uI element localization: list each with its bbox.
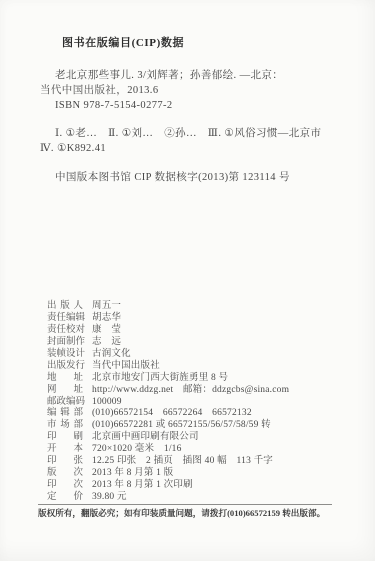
cip-classification-line1: Ⅰ. ①老… Ⅱ. ①刘… ②孙… Ⅲ. ①风俗习惯—北京市 xyxy=(40,126,357,141)
cip-title-line: 老北京那些事儿. 3/刘辉著；孙善郁绘. —北京： xyxy=(40,68,357,83)
colophon-label: 定价 xyxy=(47,488,83,502)
colophon-row: 网址 http://www.ddzg.net 邮箱：ddzgcbs@sina.c… xyxy=(47,381,365,393)
cip-data-block: 图书在版编目(CIP)数据 老北京那些事儿. 3/刘辉著；孙善郁绘. —北京： … xyxy=(40,36,357,185)
colophon-row: 地址 北京市地安门西大街旌勇里 8 号 xyxy=(47,369,365,381)
colophon-value: http://www.ddzg.net 邮箱：ddzgcbs@sina.com xyxy=(92,381,289,395)
book-copyright-page: 图书在版编目(CIP)数据 老北京那些事儿. 3/刘辉著；孙善郁绘. —北京： … xyxy=(0,0,375,561)
colophon-row: 印张 12.25 印张 2 插页 插图 40 幅 113 千字 xyxy=(47,452,365,464)
colophon-row: 市场部 (010)66572281 或 66572155/56/57/58/59… xyxy=(47,416,365,428)
cip-publisher-line: 当代中国出版社，2013.6 xyxy=(40,83,357,98)
cip-header: 图书在版编目(CIP)数据 xyxy=(40,36,357,51)
colophon-row: 封面制作 志 远 xyxy=(47,333,365,345)
colophon-row: 编辑部 (010)66572154 66572264 66572132 xyxy=(47,404,365,416)
cip-record-number: 中国版本图书馆 CIP 数据核字(2013)第 123114 号 xyxy=(40,170,357,185)
colophon-row: 装帧设计 古润文化 xyxy=(47,345,365,357)
colophon-row: 定价 39.80 元 xyxy=(47,488,365,500)
colophon-row: 印次 2013 年 8 月第 1 次印刷 xyxy=(47,476,365,488)
colophon-row: 责任编辑 胡志华 xyxy=(47,309,365,321)
colophon-row: 出版人 周五一 xyxy=(47,297,365,309)
copyright-notice: 版权所有，翻版必究；如有印装质量问题，请拨打(010)66572159 转出版部… xyxy=(38,508,344,519)
colophon-row: 出版发行 当代中国出版社 xyxy=(47,357,365,369)
cip-classification-line2: Ⅳ. ①K892.41 xyxy=(40,141,357,156)
colophon-table: 出版人 周五一 责任编辑 胡志华 责任校对 康 莹 封面制作 志 远 装帧设计 … xyxy=(47,297,365,500)
cip-isbn: ISBN 978-7-5154-0277-2 xyxy=(40,98,357,113)
colophon-row: 责任校对 康 莹 xyxy=(47,321,365,333)
divider-line xyxy=(38,504,332,505)
colophon-value: 39.80 元 xyxy=(92,488,127,502)
colophon-row: 开本 720×1020 毫米 1/16 xyxy=(47,440,365,452)
